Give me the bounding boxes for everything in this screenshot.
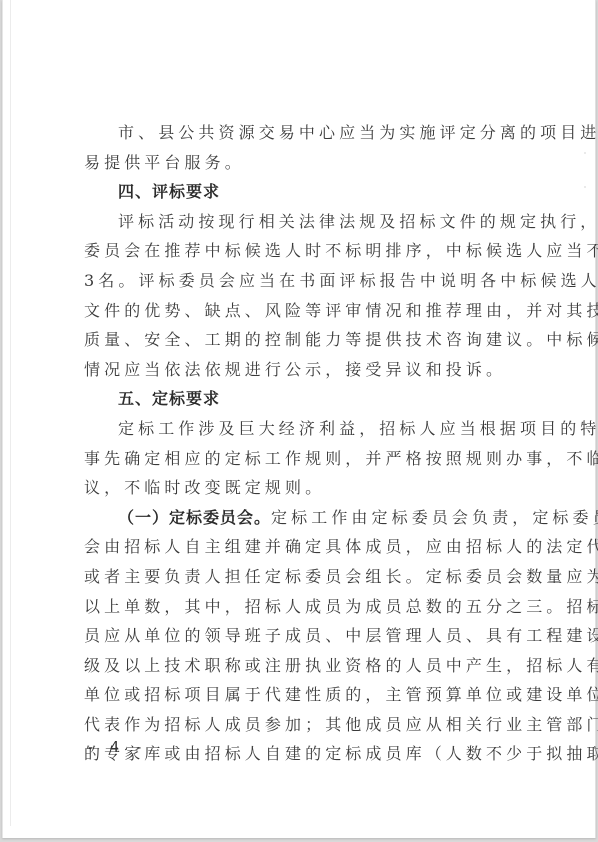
paragraph-line: 委员会在推荐中标候选人时不标明排序，中标候选人应当不超过 (84, 236, 524, 266)
paragraph-line-with-subheading: （一）定标委员会。定标工作由定标委员会负责，定标委员 (84, 503, 524, 533)
paragraph-line: 以上单数，其中，招标人成员为成员总数的五分之三。招标人成 (84, 592, 524, 622)
document-page: 市、县公共资源交易中心应当为实施评定分离的项目进场交 易提供平台服务。 四、评标… (2, 0, 596, 838)
page-body: 市、县公共资源交易中心应当为实施评定分离的项目进场交 易提供平台服务。 四、评标… (84, 118, 524, 769)
section-heading-evaluation: 四、评标要求 (84, 177, 524, 207)
paragraph-line: 级及以上技术职称或注册执业资格的人员中产生，招标人有主管 (84, 651, 524, 681)
paragraph-line: 代表作为招标人成员参加；其他成员应从相关行业主管部门组建 (84, 710, 524, 740)
section-heading-award: 五、定标要求 (84, 384, 524, 414)
paragraph-line: 会由招标人自主组建并确定具体成员，应由招标人的法定代表人 (84, 532, 524, 562)
scan-speck (584, 186, 586, 188)
paragraph-line: 的专家库或由招标人自建的定标成员库（人数不少于拟抽取的定 (84, 739, 524, 769)
paragraph-line: 文件的优势、缺点、风险等评审情况和推荐理由，并对其技术、 (84, 296, 524, 326)
paragraph-line: 定标工作涉及巨大经济利益，招标人应当根据项目的特点， (84, 414, 524, 444)
paragraph-text: 定标工作由定标委员会负责，定标委员 (271, 508, 598, 527)
page-number: - 4 - (86, 738, 146, 756)
paragraph-line: 易提供平台服务。 (84, 148, 524, 178)
subheading-award-committee: （一）定标委员会。 (118, 508, 271, 527)
page-edge-line (10, 0, 11, 826)
paragraph-line: 议，不临时改变既定规则。 (84, 473, 524, 503)
paragraph-line: 3名。评标委员会应当在书面评标报告中说明各中标候选人投标 (84, 266, 524, 296)
paragraph-line: 评标活动按现行相关法律法规及招标文件的规定执行，评标 (84, 207, 524, 237)
scan-speck (584, 152, 586, 154)
paragraph-line: 事先确定相应的定标工作规则，并严格按照规则办事，不临时动 (84, 444, 524, 474)
paragraph-line: 单位或招标项目属于代建性质的，主管预算单位或建设单位可派 (84, 680, 524, 710)
paragraph-line: 质量、安全、工期的控制能力等提供技术咨询建议。中标候选人 (84, 325, 524, 355)
paragraph-line: 情况应当依法依规进行公示，接受异议和投诉。 (84, 355, 524, 385)
paragraph-line: 市、县公共资源交易中心应当为实施评定分离的项目进场交 (84, 118, 524, 148)
paragraph-line: 或者主要负责人担任定标委员会组长。定标委员会数量应为5人 (84, 562, 524, 592)
paragraph-line: 员应从单位的领导班子成员、中层管理人员、具有工程建设类中 (84, 621, 524, 651)
